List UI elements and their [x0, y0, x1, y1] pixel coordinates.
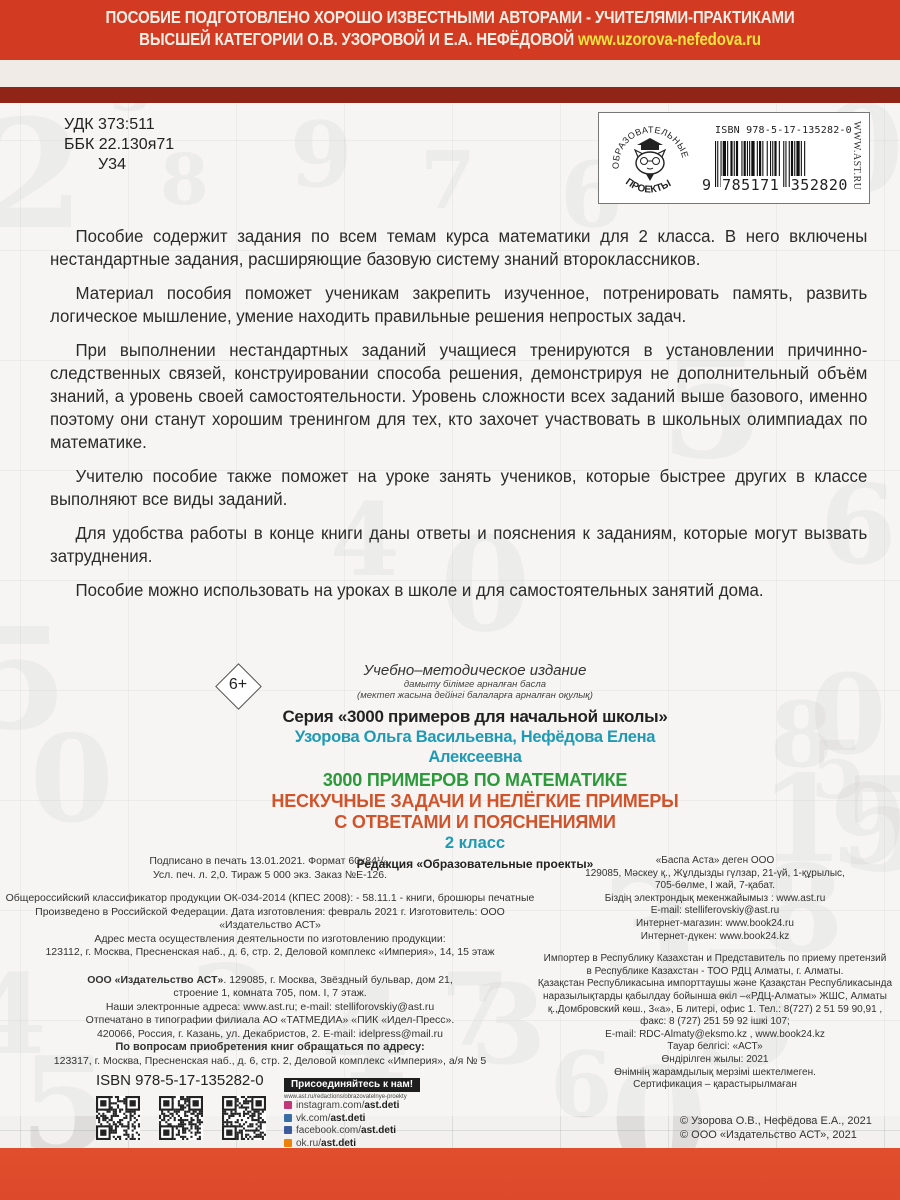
- edition-type: Учебно–методическое издание: [250, 662, 700, 679]
- ean-digits: 9 785171 352820: [702, 176, 849, 194]
- importer-line: Өндірілген жылы: 2021: [530, 1054, 900, 1067]
- catalog-codes: УДК 373:511 ББК 22.130я71 У34: [64, 115, 174, 175]
- importer-line: факс: 8 (727) 251 59 92 ішкі 107;: [530, 1016, 900, 1029]
- series-title: Серия «3000 примеров для начальной школы…: [250, 707, 700, 727]
- ast-site-vertical: WWW.AST.RU: [851, 121, 862, 190]
- social-link[interactable]: facebook.com/ast.deti: [284, 1125, 420, 1138]
- ok-icon: [284, 1139, 292, 1147]
- paragraph: Пособие содержит задания по всем темам к…: [50, 225, 867, 271]
- paragraph: Материал пособия поможет ученикам закреп…: [50, 282, 867, 328]
- importer-line: E-mail: RDC-Almaty@eksmo.kz , www.book24…: [530, 1029, 900, 1042]
- imprint-purchase-header: По вопросам приобретения книг обращаться…: [0, 1041, 540, 1055]
- edition-type-kz: дамыту білімге арналған басла: [250, 679, 700, 690]
- social-block: Присоединяйтесь к нам! www.ast.ru/redact…: [284, 1078, 420, 1150]
- imprint-kz-line: «Баспа Аста» деген ООО: [530, 855, 900, 868]
- imprint-publisher-addr: строение 1, комната 705, пом. I, 7 этаж.: [0, 987, 540, 1001]
- bbk-code: ББК 22.130я71: [64, 135, 174, 155]
- imprint-kz-line: 705-бөлме, I жай, 7-қабат.: [530, 880, 900, 893]
- banner-line-2: ВЫСШЕЙ КАТЕГОРИИ О.В. УЗОРОВОЙ И Е.А. НЕ…: [63, 28, 837, 50]
- imprint-right: «Баспа Аста» деген ООО129085, Мәскеу қ.,…: [530, 855, 900, 1092]
- imprint-print-run: Усл. печ. л. 2,0. Тираж 5 000 экз. Заказ…: [0, 869, 540, 883]
- imprint-address-label: Адрес места осуществления деятельности п…: [0, 933, 540, 947]
- isbn-barcode-label: ISBN 978-5-17-135282-0: [715, 125, 852, 136]
- author-mark: У34: [64, 155, 174, 175]
- title-block: Учебно–методическое издание дамыту білім…: [250, 662, 700, 871]
- imprint-left: Подписано в печать 13.01.2021. Формат 60…: [0, 855, 540, 1068]
- social-link[interactable]: vk.com/ast.deti: [284, 1113, 420, 1126]
- paragraph: Для удобства работы в конце книги даны о…: [50, 522, 867, 568]
- banner-url-link[interactable]: www.uzorova-nefedova.ru: [578, 29, 761, 49]
- book-title: 3000 ПРИМЕРОВ ПО МАТЕМАТИКЕ: [250, 770, 700, 791]
- instagram-icon: [284, 1101, 292, 1109]
- paragraph: Пособие можно использовать на уроках в ш…: [50, 579, 867, 602]
- imprint-kz-line: Интернет-дүкен: www.book24.kz: [530, 931, 900, 944]
- imprint-publisher: ООО «Издательство АСТ». 129085, г. Москв…: [0, 974, 540, 988]
- bottom-band: [0, 1148, 900, 1200]
- imprint-printed: Отпечатано в типографии филиала АО «ТАТМ…: [0, 1014, 540, 1028]
- importer-line: Өнімнің жарамдылық мерзімі шектелмеген.: [530, 1067, 900, 1080]
- imprint-kz-line: E-mail: stelliferovskiy@ast.ru: [530, 905, 900, 918]
- imprint-produced: Произведено в Российской Федерации. Дата…: [0, 906, 540, 933]
- imprint-kz-line: 129085, Мәскеу қ., Жұлдызды гүлзар, 21-ү…: [530, 868, 900, 881]
- isbn-bottom: ISBN 978-5-17-135282-0: [96, 1072, 264, 1089]
- paragraph: Учителю пособие также поможет на уроке з…: [50, 465, 867, 511]
- paragraph: При выполнении нестандартных заданий уча…: [50, 339, 867, 454]
- importer-line: в Республике Казахстан - ТОО РДЦ Алматы,…: [530, 966, 900, 979]
- qr-code-icon[interactable]: [222, 1096, 266, 1140]
- top-strip: [0, 60, 900, 87]
- book-subtitle-2: С ОТВЕТАМИ И ПОЯСНЕНИЯМИ: [250, 812, 700, 833]
- banner-line-1: ПОСОБИЕ ПОДГОТОВЛЕНО ХОРОШО ИЗВЕСТНЫМИ А…: [63, 6, 837, 28]
- imprint-printed-addr: 420066, Россия, г. Казань, ул. Декабрист…: [0, 1028, 540, 1042]
- dark-band: [0, 87, 900, 103]
- udk-code: УДК 373:511: [64, 115, 174, 135]
- qr-code-icon[interactable]: [159, 1096, 203, 1140]
- join-us-title: Присоединяйтесь к нам!: [284, 1078, 420, 1092]
- imprint-classifier: Общероссийский классификатор продукции О…: [0, 892, 540, 906]
- importer-line: Қазақстан Республикасына импорттаушы жән…: [530, 978, 900, 991]
- svg-text:ПРОЕКТЫ: ПРОЕКТЫ: [623, 177, 673, 196]
- grade: 2 класс: [250, 833, 700, 853]
- obrazovatelnye-proekty-logo-icon: ОБРАЗОВАТЕЛЬНЫЕ ПРОЕКТЫ: [605, 117, 695, 201]
- barcode-box: ОБРАЗОВАТЕЛЬНЫЕ ПРОЕКТЫ ISBN 978-5-17-13…: [598, 112, 870, 204]
- copyright-publisher: © ООО «Издательство АСТ», 2021: [680, 1128, 872, 1142]
- book-subtitle-1: НЕСКУЧНЫЕ ЗАДАЧИ И НЕЛЁГКИЕ ПРИМЕРЫ: [250, 791, 700, 812]
- edition-note-kz: (мектеп жасына дейінгі балаларға арналға…: [250, 690, 700, 701]
- imprint-signed: Подписано в печать 13.01.2021. Формат 60…: [0, 855, 540, 869]
- imprint-kz-line: Біздің электрондық мекенжайымыз : www.as…: [530, 893, 900, 906]
- top-banner: ПОСОБИЕ ПОДГОТОВЛЕНО ХОРОШО ИЗВЕСТНЫМИ А…: [0, 0, 900, 60]
- facebook-icon: [284, 1126, 292, 1134]
- imprint-emails: Наши электронные адреса: www.ast.ru; e-m…: [0, 1001, 540, 1015]
- importer-line: қ.,Домбровский көш., 3«а», Б литері, офи…: [530, 1004, 900, 1017]
- authors: Узорова Ольга Васильевна, Нефёдова Елена…: [250, 727, 700, 767]
- social-link[interactable]: instagram.com/ast.deti: [284, 1100, 420, 1113]
- importer-line: Тауар белгісі: «АСТ»: [530, 1041, 900, 1054]
- qr-code-icon[interactable]: [96, 1096, 140, 1140]
- importer-line: Импортер в Республику Казахстан и Предст…: [530, 953, 900, 966]
- vk-icon: [284, 1114, 292, 1122]
- imprint-kz-line: Интернет-магазин: www.book24.ru: [530, 918, 900, 931]
- importer-line: наразылықтарды қабылдау бойынша өкіл –«Р…: [530, 991, 900, 1004]
- importer-line: Сертификация – қарастырылмаған: [530, 1079, 900, 1092]
- description-text: Пособие содержит задания по всем темам к…: [50, 225, 884, 613]
- copyright-authors: © Узорова О.В., Нефёдова Е.А., 2021: [680, 1114, 872, 1128]
- copyright: © Узорова О.В., Нефёдова Е.А., 2021 © ОО…: [680, 1114, 872, 1142]
- imprint-address: 123112, г. Москва, Пресненская наб., д. …: [0, 946, 540, 960]
- imprint-purchase-address: 123317, г. Москва, Пресненская наб., д. …: [0, 1055, 540, 1069]
